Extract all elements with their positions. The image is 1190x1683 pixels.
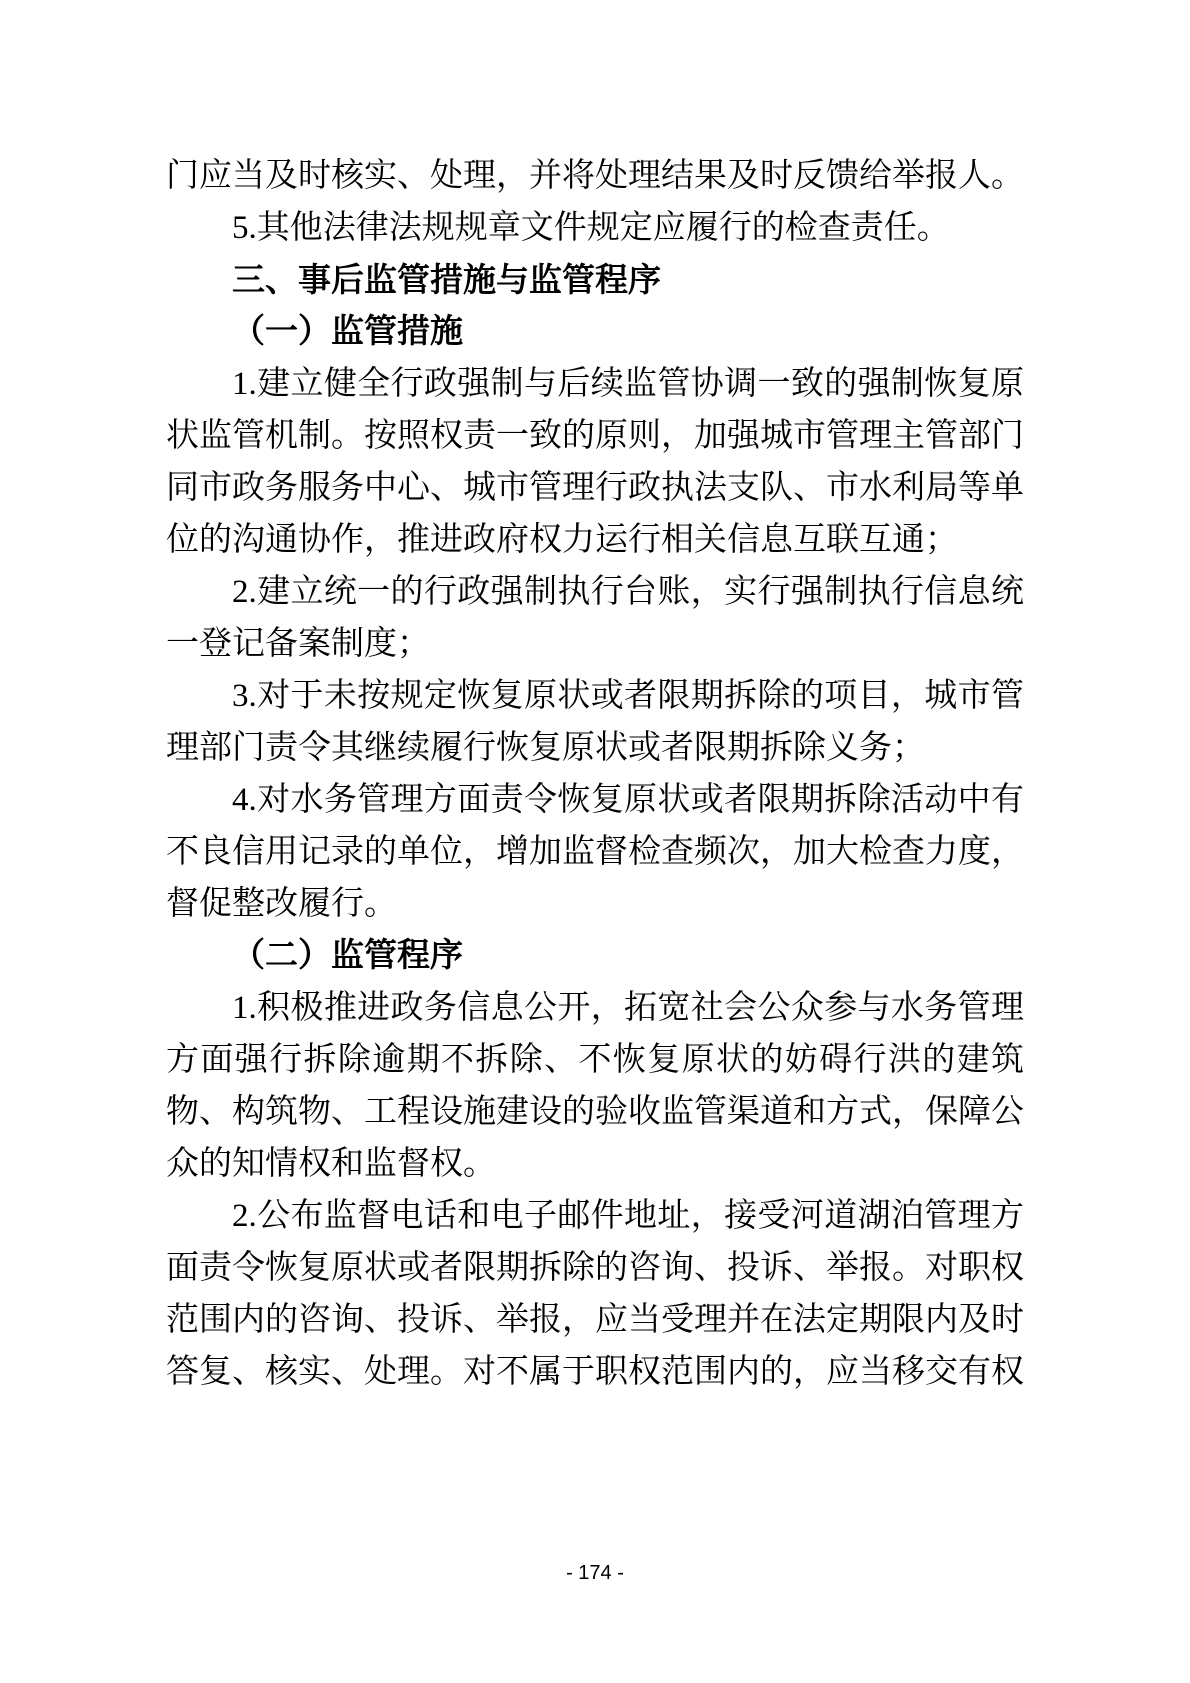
page-number: - 174 - xyxy=(0,1560,1190,1586)
paragraph: 4.对水务管理方面责令恢复原状或者限期拆除活动中有不良信用记录的单位，增加监督检… xyxy=(166,774,1024,930)
document-page: 门应当及时核实、处理，并将处理结果及时反馈给举报人。5.其他法律法规规章文件规定… xyxy=(0,0,1190,1683)
paragraph: 3.对于未按规定恢复原状或者限期拆除的项目，城市管理部门责令其继续履行恢复原状或… xyxy=(166,670,1024,774)
paragraph: 2.公布监督电话和电子邮件地址，接受河道湖泊管理方面责令恢复原状或者限期拆除的咨… xyxy=(166,1190,1024,1398)
paragraph: 5.其他法律法规规章文件规定应履行的检查责任。 xyxy=(166,202,1024,254)
document-body: 门应当及时核实、处理，并将处理结果及时反馈给举报人。5.其他法律法规规章文件规定… xyxy=(166,150,1024,1398)
paragraph: 2.建立统一的行政强制执行台账，实行强制执行信息统一登记备案制度； xyxy=(166,566,1024,670)
subsection-heading: （一）监管措施 xyxy=(166,306,1024,358)
paragraph: 1.建立健全行政强制与后续监管协调一致的强制恢复原状监管机制。按照权责一致的原则… xyxy=(166,358,1024,566)
subsection-heading: （二）监管程序 xyxy=(166,930,1024,982)
section-heading: 三、事后监管措施与监管程序 xyxy=(166,254,1024,306)
paragraph: 门应当及时核实、处理，并将处理结果及时反馈给举报人。 xyxy=(166,150,1024,202)
paragraph: 1.积极推进政务信息公开，拓宽社会公众参与水务管理方面强行拆除逾期不拆除、不恢复… xyxy=(166,982,1024,1190)
